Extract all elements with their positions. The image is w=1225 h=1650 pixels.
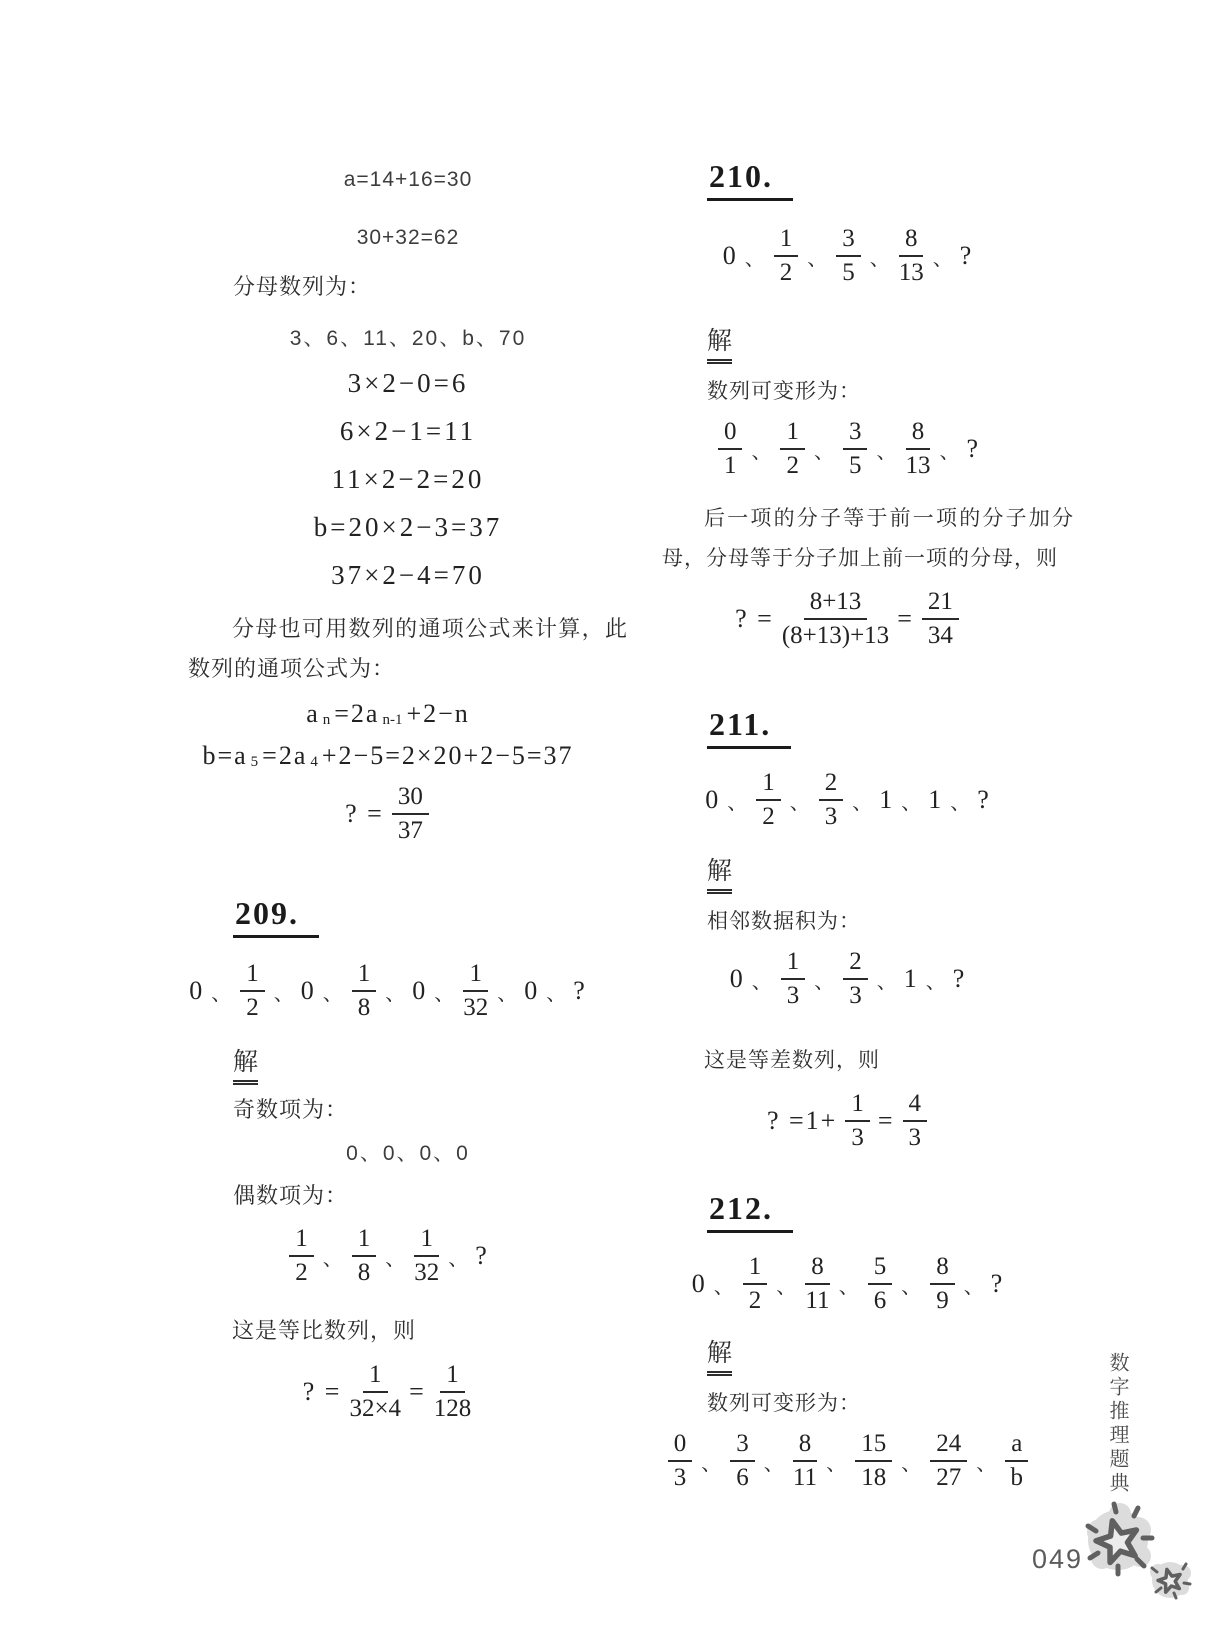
numerator: 1 <box>414 1225 439 1257</box>
fraction: ab <box>1005 1430 1028 1492</box>
page-number: 049 <box>1032 1544 1083 1575</box>
sequence-separator: 、 <box>826 1447 846 1476</box>
denominator: 34 <box>928 620 953 650</box>
sequence-separator: 、 <box>950 786 970 815</box>
fraction: 18 <box>352 960 377 1022</box>
fraction: 1128 <box>434 1361 472 1423</box>
sequence-separator: 、 <box>546 977 566 1006</box>
fraction: 12 <box>289 1225 314 1287</box>
denominator: 128 <box>434 1393 472 1423</box>
formula-b-value: b=a5=2a4+2−5=2×20+2−5=37 <box>188 741 628 771</box>
fraction: 12 <box>743 1253 768 1315</box>
numerator: a <box>1005 1430 1028 1462</box>
solution-label: 解 <box>707 321 732 364</box>
answer-equation-211: ? =1+13=43 <box>662 1090 1074 1152</box>
token: = <box>878 1106 895 1136</box>
numerator: 0 <box>718 418 743 450</box>
even-terms-label: 偶数项为： <box>188 1181 628 1211</box>
denominator: 5 <box>842 257 855 287</box>
denominator: 2 <box>749 1285 762 1315</box>
token: ? <box>953 964 967 994</box>
fraction: 18 <box>352 1225 377 1287</box>
denominator: 6 <box>874 1285 887 1315</box>
token: 0 <box>730 964 745 994</box>
numerator: 1 <box>781 948 806 980</box>
fraction: 35 <box>836 225 861 287</box>
answer-equation-210: ? =8+13(8+13)+13=2134 <box>662 588 1074 650</box>
answer-equation-209: ? =132×4=1128 <box>188 1361 628 1423</box>
odd-terms-sequence: 0、0、0、0 <box>188 1137 628 1167</box>
fraction: 132 <box>414 1225 439 1287</box>
equation: b=20×2−3=37 <box>188 512 628 543</box>
sequence-separator: 、 <box>385 1242 405 1271</box>
fraction: 12 <box>774 225 799 287</box>
sequence-separator: 、 <box>764 1447 784 1476</box>
denominator: 32×4 <box>349 1393 401 1423</box>
problem-number-210: 210. <box>707 158 793 201</box>
sequence-separator: 、 <box>876 435 896 464</box>
fraction: 12 <box>780 418 805 480</box>
sequence-separator: 、 <box>933 242 953 271</box>
subscript: 5 <box>251 754 259 771</box>
denominator: 3 <box>849 980 862 1010</box>
subscript: n <box>323 712 331 729</box>
token: = <box>409 1377 426 1407</box>
solution-label: 解 <box>707 1333 732 1376</box>
fraction: 12 <box>756 769 781 831</box>
subscript: 4 <box>310 754 318 771</box>
token: ? <box>966 434 980 464</box>
sequence-separator: 、 <box>448 1242 468 1271</box>
fraction: 132 <box>463 960 488 1022</box>
token: ? <box>573 976 587 1006</box>
explanation-paragraph: 后一项的分子等于前一项的分子加分母，分母等于分子加上前一项的分母，则 <box>662 498 1074 578</box>
numerator: 1 <box>756 769 781 801</box>
denominator: 27 <box>936 1462 961 1492</box>
denominator: 3 <box>909 1122 922 1152</box>
problem-sequence-212: 0、12、811、56、89、? <box>662 1253 1074 1315</box>
numerator: 3 <box>843 418 868 450</box>
transformed-sequence-210: 01、12、35、813、? <box>662 418 1074 480</box>
numerator: 1 <box>463 960 488 992</box>
fraction: 813 <box>905 418 930 480</box>
denominator: b <box>1010 1462 1023 1492</box>
numerator: 2 <box>843 948 868 980</box>
numerator: 1 <box>352 960 377 992</box>
numerator: 1 <box>440 1361 465 1393</box>
numerator: 8 <box>793 1430 818 1462</box>
sequence-separator: 、 <box>814 435 834 464</box>
token: ? <box>960 241 974 271</box>
fraction: 56 <box>868 1253 893 1315</box>
numerator: 24 <box>930 1430 967 1462</box>
fraction: 23 <box>819 769 844 831</box>
star-doodle-icon-large <box>1080 1500 1156 1578</box>
token: ? = <box>345 799 384 829</box>
token: 0 <box>301 976 316 1006</box>
numerator: 5 <box>868 1253 893 1285</box>
right-column: 210. 0、12、35、813、? 解 数列可变形为： 01、12、35、81… <box>662 158 1074 1492</box>
token: ? <box>991 1269 1005 1299</box>
sequence-separator: 、 <box>701 1447 721 1476</box>
sequence-separator: 、 <box>751 435 771 464</box>
denominator: 8 <box>358 1257 371 1287</box>
equation: 37×2−4=70 <box>188 560 628 591</box>
sequence-separator: 、 <box>745 242 765 271</box>
problem-number-211: 211. <box>707 706 791 749</box>
token: b=a <box>202 741 247 771</box>
calc-line: a=14+16=30 <box>188 168 628 192</box>
token: = <box>897 604 914 634</box>
sequence-separator: 、 <box>727 786 747 815</box>
denominator: 13 <box>899 257 924 287</box>
numerator: 30 <box>392 783 429 815</box>
sequence-separator: 、 <box>434 977 454 1006</box>
denominator: 6 <box>736 1462 749 1492</box>
sequence-separator: 、 <box>807 242 827 271</box>
sequence-separator: 、 <box>839 1270 859 1299</box>
star-doodle-icon-small <box>1146 1554 1194 1602</box>
fraction: 132×4 <box>349 1361 401 1423</box>
sequence-separator: 、 <box>877 965 897 994</box>
numerator: 2 <box>819 769 844 801</box>
fraction: 12 <box>240 960 265 1022</box>
token: ? = <box>303 1377 342 1407</box>
answer-equation: ? =3037 <box>188 783 628 845</box>
problem-number-209: 209. <box>233 895 319 938</box>
subscript: n-1 <box>382 712 402 729</box>
fraction: 3037 <box>392 783 429 845</box>
solution-label: 解 <box>707 851 732 894</box>
numerator: 1 <box>743 1253 768 1285</box>
token: a <box>306 699 320 729</box>
denominator: 5 <box>849 450 862 480</box>
problem-number-212: 212. <box>707 1190 793 1233</box>
token: 0 <box>412 976 427 1006</box>
fraction: 36 <box>730 1430 755 1492</box>
note: 这是等比数列，则 <box>188 1311 628 1351</box>
fraction: 89 <box>930 1253 955 1315</box>
denominator: 37 <box>398 815 423 845</box>
token: 0 <box>723 241 738 271</box>
denominator: 3 <box>787 980 800 1010</box>
denominator: (8+13)+13 <box>782 620 889 650</box>
token: ? =1+ <box>767 1106 837 1136</box>
numerator: 8 <box>805 1253 830 1285</box>
numerator: 1 <box>289 1225 314 1257</box>
token: 0 <box>524 976 539 1006</box>
sequence-separator: 、 <box>211 977 231 1006</box>
denominator: 3 <box>851 1122 864 1152</box>
token: ? <box>475 1241 489 1271</box>
numerator: 1 <box>774 225 799 257</box>
sequence-separator: 、 <box>901 1447 921 1476</box>
sequence-separator: 、 <box>323 977 343 1006</box>
token: ? <box>977 785 991 815</box>
token: 0 <box>189 976 204 1006</box>
sequence-separator: 、 <box>497 977 517 1006</box>
sequence-separator: 、 <box>714 1270 734 1299</box>
fraction: 8+13(8+13)+13 <box>782 588 889 650</box>
numerator: 1 <box>845 1090 870 1122</box>
transform-label: 数列可变形为： <box>662 376 1074 406</box>
denominator: 3 <box>674 1462 687 1492</box>
numerator: 3 <box>836 225 861 257</box>
denominator: 1 <box>724 450 737 480</box>
denominator: 2 <box>762 801 775 831</box>
equation: 6×2−1=11 <box>188 416 628 447</box>
denominator-sequence: 3、6、11、20、b、70 <box>188 322 628 352</box>
fraction: 13 <box>781 948 806 1010</box>
sequence-separator: 、 <box>814 965 834 994</box>
denominator: 32 <box>414 1257 439 1287</box>
numerator: 8 <box>906 418 931 450</box>
formula-general-term: an=2an-1+2−n <box>188 699 628 729</box>
numerator: 8 <box>899 225 924 257</box>
denominator: 8 <box>358 992 371 1022</box>
problem-sequence-211: 0、12、23、1、1、? <box>662 769 1074 831</box>
sequence-separator: 、 <box>385 977 405 1006</box>
product-label: 相邻数据积为： <box>662 906 1074 936</box>
sequence-separator: 、 <box>776 1270 796 1299</box>
numerator: 21 <box>922 588 959 620</box>
denominator: 18 <box>861 1462 886 1492</box>
numerator: 4 <box>903 1090 928 1122</box>
fraction: 03 <box>668 1430 693 1492</box>
sequence-separator: 、 <box>901 1270 921 1299</box>
sequence-separator: 、 <box>790 786 810 815</box>
fraction: 813 <box>899 225 924 287</box>
problem-sequence-209: 0、12、0、18、0、132、0、? <box>188 960 628 1022</box>
problem-sequence-210: 0、12、35、813、? <box>662 225 1074 287</box>
sequence-separator: 、 <box>901 786 921 815</box>
fraction: 811 <box>793 1430 818 1492</box>
fraction: 23 <box>843 948 868 1010</box>
denominator: 2 <box>780 257 793 287</box>
equation: 11×2−2=20 <box>188 464 628 495</box>
fraction: 43 <box>903 1090 928 1152</box>
denominator: 11 <box>805 1285 829 1315</box>
sequence-separator: 、 <box>976 1447 996 1476</box>
token: 0 <box>692 1269 707 1299</box>
calc-line: 30+32=62 <box>188 226 628 250</box>
equation: 3×2−0=6 <box>188 368 628 399</box>
sequence-separator: 、 <box>926 965 946 994</box>
numerator: 1 <box>780 418 805 450</box>
sequence-separator: 、 <box>323 1242 343 1271</box>
token: =2a <box>334 699 379 729</box>
even-terms-sequence: 12、18、132、? <box>188 1225 628 1287</box>
denominator: 2 <box>295 1257 308 1287</box>
fraction: 13 <box>845 1090 870 1152</box>
fraction: 1518 <box>855 1430 892 1492</box>
book-page: { "sep": "、", "colors": { "text": "#2d2d… <box>0 0 1225 1650</box>
solution-label: 解 <box>233 1042 258 1085</box>
numerator: 0 <box>668 1430 693 1462</box>
numerator: 8 <box>930 1253 955 1285</box>
transformed-sequence-212: 03、36、811、1518、2427、ab <box>662 1430 1074 1492</box>
left-column: a=14+16=30 30+32=62 分母数列为： 3、6、11、20、b、7… <box>188 160 628 1423</box>
fraction: 01 <box>718 418 743 480</box>
numerator: 3 <box>730 1430 755 1462</box>
token: 1 <box>879 785 894 815</box>
token: +2−5=2×20+2−5=37 <box>322 741 574 771</box>
fraction: 811 <box>805 1253 830 1315</box>
token: +2−n <box>406 699 469 729</box>
token: =2a <box>262 741 307 771</box>
sidebar-book-title: 数字推理题典 <box>1103 1352 1132 1512</box>
token: 1 <box>928 785 943 815</box>
note: 这是等差数列，则 <box>662 1040 1074 1080</box>
denominator: 3 <box>825 801 838 831</box>
sequence-separator: 、 <box>852 786 872 815</box>
fraction: 2134 <box>922 588 959 650</box>
denominator: 9 <box>936 1285 949 1315</box>
sequence-separator: 、 <box>870 242 890 271</box>
denominator: 2 <box>786 450 799 480</box>
odd-terms-label: 奇数项为： <box>188 1095 628 1125</box>
numerator: 15 <box>855 1430 892 1462</box>
transform-label: 数列可变形为： <box>662 1388 1074 1418</box>
fraction: 2427 <box>930 1430 967 1492</box>
numerator: 1 <box>352 1225 377 1257</box>
denominator: 2 <box>246 992 259 1022</box>
denominator-label: 分母数列为： <box>188 272 628 302</box>
numerator: 1 <box>363 1361 388 1393</box>
sequence-separator: 、 <box>939 435 959 464</box>
paragraph: 分母也可用数列的通项公式来计算，此数列的通项公式为： <box>188 609 628 689</box>
fraction: 35 <box>843 418 868 480</box>
denominator: 11 <box>793 1462 817 1492</box>
numerator: 8+13 <box>804 588 868 620</box>
token: 1 <box>904 964 919 994</box>
denominator: 13 <box>905 450 930 480</box>
token: 0 <box>705 785 720 815</box>
sequence-separator: 、 <box>274 977 294 1006</box>
sequence-separator: 、 <box>964 1270 984 1299</box>
denominator: 32 <box>463 992 488 1022</box>
product-sequence-211: 0、13、23、1、? <box>662 948 1074 1010</box>
token: ? = <box>735 604 774 634</box>
numerator: 1 <box>240 960 265 992</box>
sequence-separator: 、 <box>752 965 772 994</box>
